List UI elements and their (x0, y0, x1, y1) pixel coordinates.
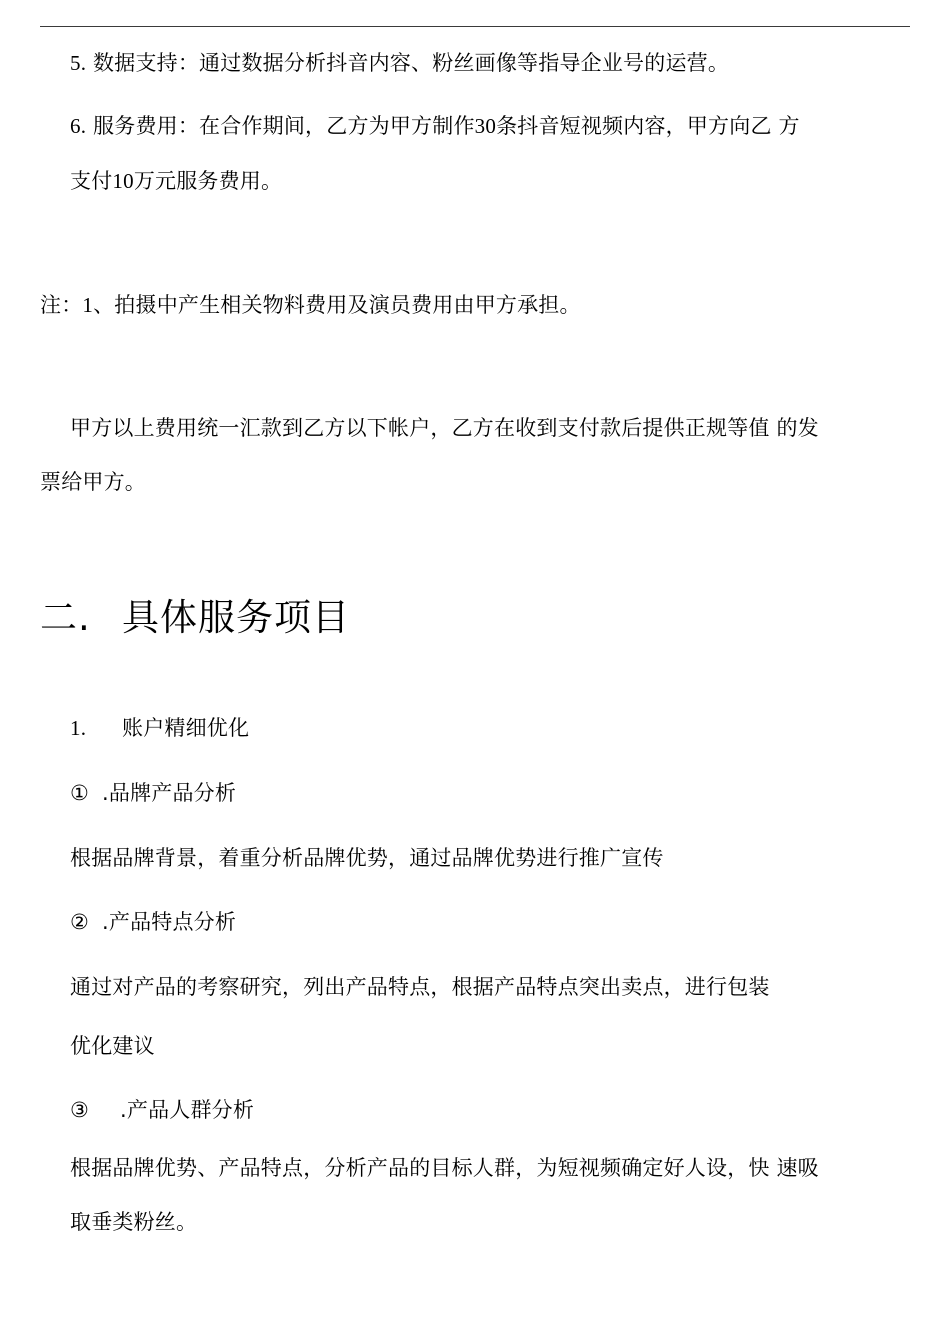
analysis-item-3-label: .产品人群分析 (120, 1098, 254, 1122)
item-6-line-2: 支付10万元服务费用。 (70, 168, 282, 194)
analysis-item-2-title: ②.产品特点分析 (70, 909, 236, 935)
analysis-item-3-body-line-2: 取垂类粉丝。 (70, 1209, 197, 1235)
analysis-item-2-body-line-2: 优化建议 (70, 1033, 155, 1059)
section-2-heading: 二.具体服务项目 (40, 596, 350, 640)
section-2-number: 二. (40, 596, 122, 640)
circled-number-1: ① (70, 780, 102, 806)
analysis-item-2-body-line-1: 通过对产品的考察研究，列出产品特点，根据产品特点突出卖点，进行包装 (70, 974, 770, 1000)
item-6-text-d: 万元服务费用。 (134, 169, 282, 193)
subsection-1-title: 账户精细优化 (122, 716, 249, 740)
item-6-video-count: 30 (475, 114, 496, 138)
analysis-item-1-body: 根据品牌背景，着重分析品牌优势，通过品牌优势进行推广宣传 (70, 845, 664, 871)
subsection-1-number: 1. (70, 715, 122, 741)
circled-number-3: ③ (70, 1097, 120, 1123)
analysis-item-2-label: .产品特点分析 (102, 910, 236, 934)
section-2-title: 具体服务项目 (122, 596, 350, 639)
item-6-text-a: 服务费用：在合作期间，乙方为甲方制作 (93, 114, 475, 138)
note-text: 、拍摄中产生相关物料费用及演员费用由甲方承担。 (93, 293, 581, 317)
item-6-text-c: 支付 (70, 169, 112, 193)
item-6-fee-amount: 10 (112, 169, 133, 193)
payment-line-1: 甲方以上费用统一汇款到乙方以下帐户，乙方在收到支付款后提供正规等值 的发 (70, 415, 819, 441)
circled-number-2: ② (70, 909, 102, 935)
analysis-item-3-title: ③.产品人群分析 (70, 1097, 254, 1123)
analysis-item-1-title: ①.品牌产品分析 (70, 780, 236, 806)
item-6-text-b: 条抖音短视频内容，甲方向乙 方 (496, 114, 800, 138)
item-5-number: 5. (70, 51, 86, 75)
note: 注：1、拍摄中产生相关物料费用及演员费用由甲方承担。 (40, 292, 581, 318)
note-prefix: 注： (40, 293, 82, 317)
analysis-item-3-body-line-1: 根据品牌优势、产品特点，分析产品的目标人群，为短视频确定好人设，快 速吸 (70, 1155, 819, 1181)
item-5-text: 数据支持：通过数据分析抖音内容、粉丝画像等指导企业号的运营。 (93, 51, 729, 75)
subsection-1-heading: 1.账户精细优化 (70, 715, 249, 741)
item-6-number: 6. (70, 114, 86, 138)
payment-line-2: 票给甲方。 (40, 469, 146, 495)
analysis-item-1-label: .品牌产品分析 (102, 781, 236, 805)
item-6-line-1: 6. 服务费用：在合作期间，乙方为甲方制作30条抖音短视频内容，甲方向乙 方 (70, 113, 800, 139)
header-rule (40, 26, 910, 27)
item-5: 5. 数据支持：通过数据分析抖音内容、粉丝画像等指导企业号的运营。 (70, 50, 729, 76)
note-number: 1 (82, 293, 93, 317)
